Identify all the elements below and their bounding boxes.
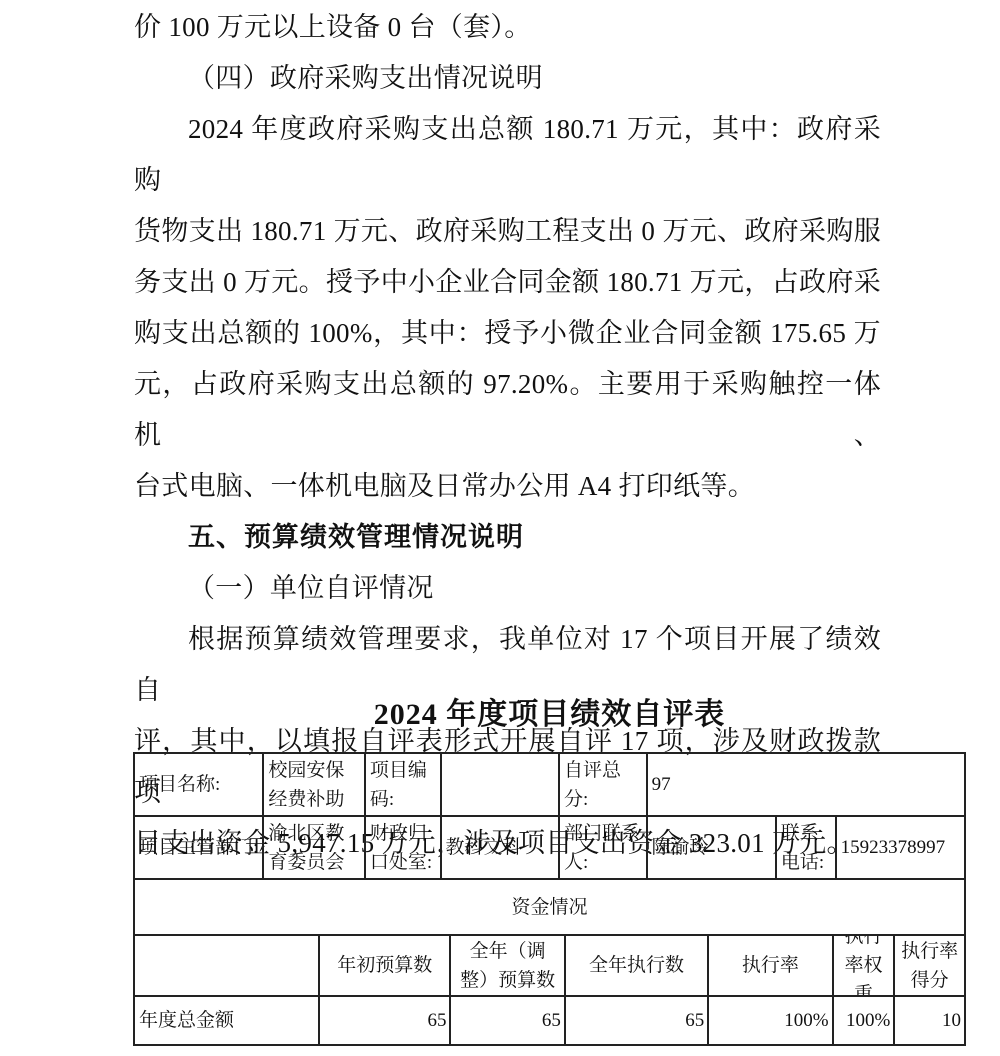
document-page: 价 100 万元以上设备 0 台（套）。 （四）政府采购支出情况说明 2024 … xyxy=(0,0,1000,1056)
fund-header-empty xyxy=(135,936,320,995)
body-line: 价 100 万元以上设备 0 台（套）。 xyxy=(134,2,881,53)
body-line: 务支出 0 万元。授予中小企业合同金额 180.71 万元，占政府采 xyxy=(134,257,881,308)
fund-header-initial-budget: 年初预算数 xyxy=(320,936,451,995)
body-line: 购支出总额的 100%，其中：授予小微企业合同金额 175.65 万 xyxy=(134,308,881,359)
table-row: 项目主管部门: 渝北区教育委员会 财政归口处室: 教科文科 部门联系人: 陈渝玲… xyxy=(135,817,964,880)
project-code-value xyxy=(442,754,560,815)
subsection-heading-1: （一）单位自评情况 xyxy=(134,563,881,614)
body-line: 台式电脑、一体机电脑及日常办公用 A4 打印纸等。 xyxy=(134,461,881,512)
initial-budget-value: 65 xyxy=(320,997,451,1044)
fund-header-rate-weight: 执行率权重 xyxy=(834,936,896,995)
finance-office-value: 教科文科 xyxy=(442,817,560,878)
rate-weight-value: 100% xyxy=(834,997,896,1044)
supervising-dept-value: 渝北区教育委员会 xyxy=(264,817,366,878)
fund-header-rate-score: 执行率得分 xyxy=(895,936,964,995)
execution-rate-value: 100% xyxy=(709,997,833,1044)
funding-section-header: 资金情况 xyxy=(135,880,964,934)
contact-person-label: 部门联系人: xyxy=(560,817,648,878)
self-score-label: 自评总分: xyxy=(560,754,648,815)
table-header-row: 年初预算数 全年（调整）预算数 全年执行数 执行率 执行率权重 执行率得分 xyxy=(135,936,964,997)
adjusted-budget-value: 65 xyxy=(451,997,565,1044)
phone-label: 联系电话: xyxy=(777,817,837,878)
body-line: 元，占政府采购支出总额的 97.20%。主要用于采购触控一体机、 xyxy=(134,359,881,461)
table-row: 项目名称: 校园安保经费补助 项目编码: 自评总分: 97 xyxy=(135,754,964,817)
contact-person-value: 陈渝玲 xyxy=(648,817,777,878)
body-line: 货物支出 180.71 万元、政府采购工程支出 0 万元、政府采购服 xyxy=(134,206,881,257)
body-text: 价 100 万元以上设备 0 台（套）。 （四）政府采购支出情况说明 2024 … xyxy=(134,2,881,869)
table-data-row: 年度总金额 65 65 65 100% 100% 10 xyxy=(135,997,964,1044)
fund-header-executed: 全年执行数 xyxy=(566,936,709,995)
annual-total-label: 年度总金额 xyxy=(135,997,320,1044)
project-name-value: 校园安保经费补助 xyxy=(264,754,366,815)
rate-score-value: 10 xyxy=(895,997,964,1044)
finance-office-label: 财政归口处室: xyxy=(366,817,442,878)
fund-header-adjusted-budget: 全年（调整）预算数 xyxy=(451,936,565,995)
table-title: 2024 年度项目绩效自评表 xyxy=(133,692,966,738)
executed-value: 65 xyxy=(566,997,709,1044)
table-row: 资金情况 xyxy=(135,880,964,936)
body-line: 2024 年度政府采购支出总额 180.71 万元，其中：政府采购 xyxy=(134,104,881,206)
section-heading-5: 五、预算绩效管理情况说明 xyxy=(134,512,881,563)
self-score-value: 97 xyxy=(648,754,964,815)
project-code-label: 项目编码: xyxy=(366,754,442,815)
self-evaluation-table: 项目名称: 校园安保经费补助 项目编码: 自评总分: 97 项目主管部门: 渝北… xyxy=(133,752,966,1046)
section-heading-4: （四）政府采购支出情况说明 xyxy=(134,53,881,104)
fund-header-execution-rate: 执行率 xyxy=(709,936,833,995)
phone-value: 15923378997 xyxy=(837,817,964,878)
project-name-label: 项目名称: xyxy=(135,754,264,815)
supervising-dept-label: 项目主管部门: xyxy=(135,817,264,878)
